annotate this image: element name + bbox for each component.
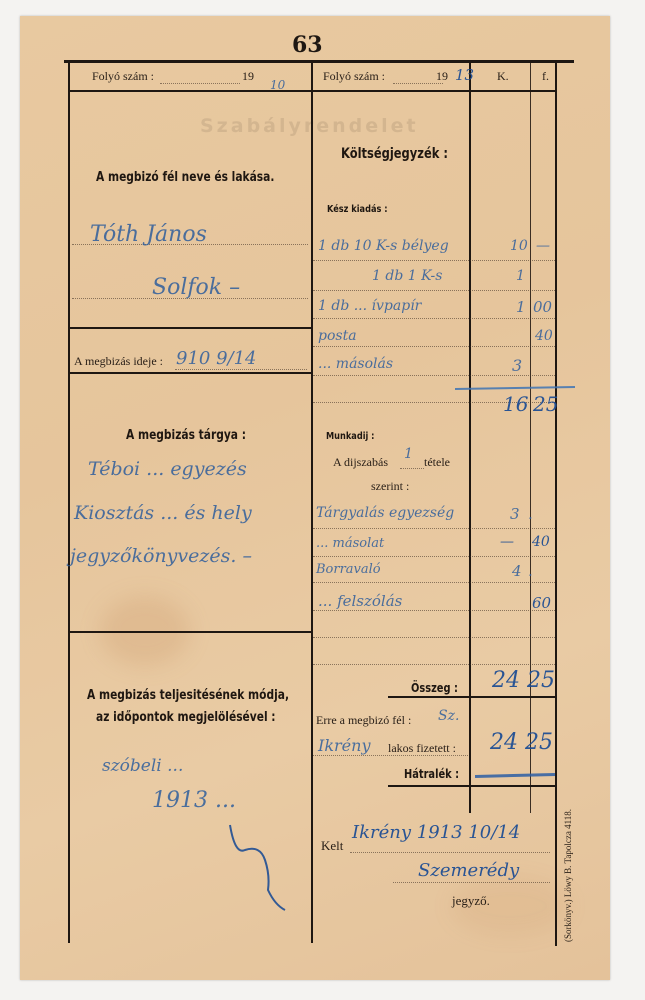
right-folyo-label: Folyó szám : [323,69,385,84]
arrears-rule [388,785,556,787]
method-heading-line-2: az időpontok megjelölésével : [96,710,276,725]
work-fee-label: Munkadij : [326,431,374,442]
client-name-handwritten: Tóth János [90,222,207,247]
expense-3-f: 00 [533,298,552,316]
subject-line-2-handwritten: Kiosztás ... és hely [74,502,252,524]
method-heading-line-1: A megbizás teljesitésének módja, [87,688,289,703]
work-line [313,528,555,529]
payer-handwritten: Sz. [438,708,459,724]
right-year-prefix: 19 [436,69,448,84]
work-4-f: 60 [532,594,551,612]
column-f-header: f. [542,69,549,84]
notary-signature-handwritten: Szemerédy [418,860,519,881]
column-k-header: K. [497,69,509,84]
document-sheet [20,16,610,980]
work-3-desc: Borravaló [316,562,381,577]
date-section-rule [68,372,311,374]
expense-line [313,318,555,319]
expense-5-desc: ... másolás [318,356,393,372]
expense-4-f: 40 [535,328,553,344]
sum-label: Összeg : [411,681,458,695]
payer-label: Erre a megbizó fél : [316,713,411,728]
tariff-item-handwritten: 1 [404,446,413,462]
subject-section-rule [68,631,311,633]
work-2-f: 40 [532,534,550,550]
work-1-k: 3 [510,505,520,523]
bleed-through-text: Szabályrendelet [200,115,419,137]
dated-label: Kelt [321,838,343,854]
expense-subtotal-f: 25 [533,392,558,416]
ready-expense-label: Kész kiadás : [327,204,388,215]
client-place-handwritten: Solfok – [152,275,240,300]
cost-list-title: Költségjegyzék : [341,146,448,162]
expense-subtotal-k: 16 [503,392,528,416]
signature-flourish [190,815,290,915]
work-3-f: . [528,562,533,580]
subject-heading: A megbizás tárgya : [126,428,246,443]
subject-line-3-handwritten: jegyzőkönyvezés. – [70,545,252,567]
printer-imprint: (Sorkönyv.) Löwy B. Tapolcza 4118. [563,809,573,942]
work-2-desc: ... másolat [316,536,384,551]
payer-place-handwritten: Ikrény [318,736,370,755]
top-rule [64,60,574,63]
expense-1-desc: 1 db 10 K-s bélyeg [318,238,449,254]
left-folyo-line [160,83,240,84]
expense-line [313,260,555,261]
sum-rule [388,696,556,698]
left-year-prefix: 19 [242,69,254,84]
work-1-f: . [528,505,533,523]
paid-label: lakos fizetett : [388,741,456,756]
middle-border [311,63,313,943]
work-2-k: — [500,534,514,550]
expense-3-desc: 1 db ... ívpapír [318,298,421,314]
kf-divider [530,63,531,813]
tariff-label-b: tétele [424,455,450,470]
work-1-desc: Tárgyalás egyezség [316,505,454,521]
work-4-desc: ... felszólás [318,592,402,610]
expense-line [313,375,555,376]
right-border [555,63,557,946]
expense-5-k: 3 [512,356,522,375]
work-line [313,637,555,638]
arrears-label: Hátralék : [404,767,459,781]
expense-1-f: — [536,238,550,254]
method-signature-handwritten: 1913 ... [152,788,236,813]
page-number: 63 [292,32,323,58]
left-border [68,63,70,943]
expense-1-k: 10 [510,238,528,254]
expense-line [313,290,555,291]
paid-handwritten: 24 25 [490,730,553,755]
notary-label: jegyző. [452,893,490,909]
date-handwritten: 910 9/14 [176,348,257,369]
header-bottom-rule [68,90,557,92]
work-line [313,582,555,583]
right-year-handwritten: 13 [455,66,474,84]
expense-3-k: 1 [516,298,526,316]
work-line [313,556,555,557]
dated-handwritten: Ikrény 1913 10/14 [352,822,520,843]
work-line [313,610,555,611]
notary-sig-line [393,882,550,883]
client-section-rule [68,327,311,329]
date-label: A megbizás ideje : [74,354,163,369]
tariff-label-a: A dijszabás [333,455,388,470]
subject-line-1-handwritten: Téboi ... egyezés [88,458,247,480]
expense-4-desc: posta [318,328,357,344]
expense-2-k: 1 [516,268,525,284]
expense-2-desc: 1 db 1 K-s [372,268,442,284]
expense-line [313,346,555,347]
method-handwritten: szóbeli ... [102,756,183,776]
work-3-k: 4 [512,562,522,580]
sum-handwritten: 24 25 [492,668,555,693]
left-folyo-label: Folyó szám : [92,69,154,84]
dated-line [350,852,550,853]
amount-column-border [469,63,471,813]
date-line [175,369,307,370]
work-line [313,664,555,665]
tariff-label-c: szerint : [371,479,409,494]
client-heading: A megbizó fél neve és lakása. [96,170,274,185]
tariff-item-line [400,468,424,469]
